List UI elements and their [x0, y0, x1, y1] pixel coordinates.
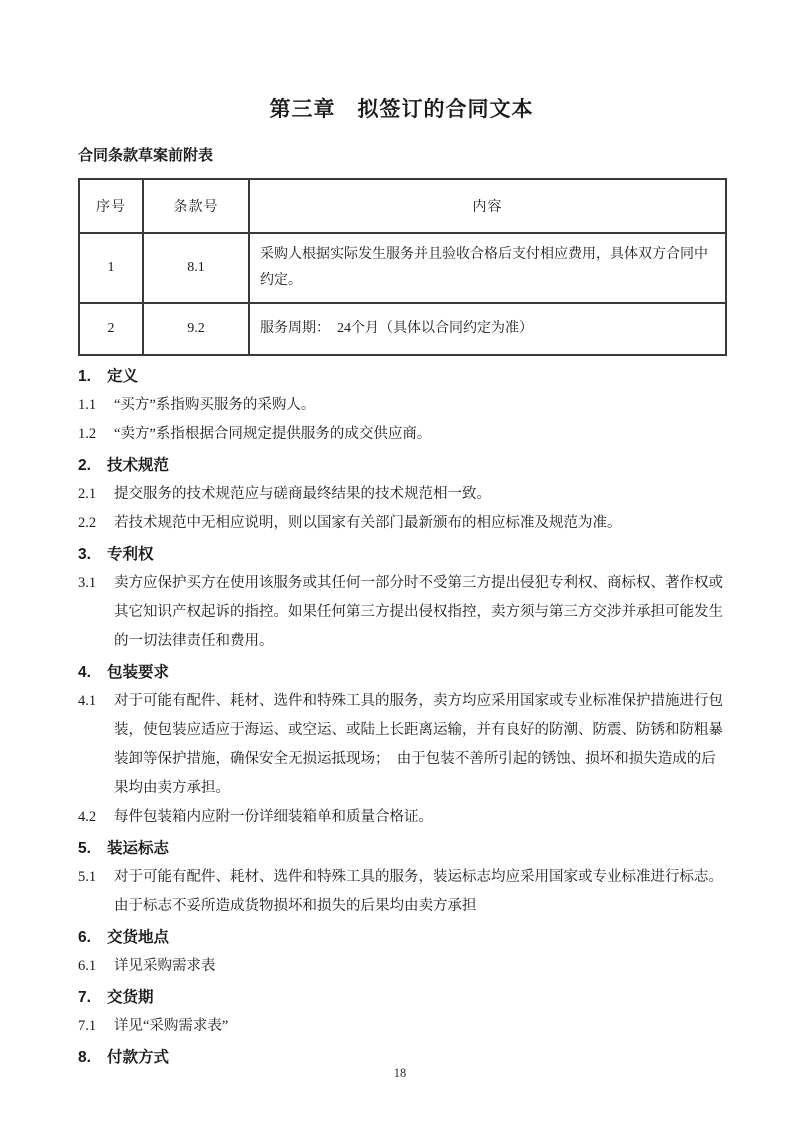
clause-text: 提交服务的技术规范应与磋商最终结果的技术规范相一致。 [114, 480, 725, 509]
clause-text: 卖方应保护买方在使用该服务或其任何一部分时不受第三方提出侵犯专利权、商标权、著作… [114, 569, 725, 656]
cell-no: 2 [79, 303, 143, 355]
document-page: 第三章 拟签订的合同文本 合同条款草案前附表 序号 条款号 内容 1 8.1 采… [0, 0, 800, 1131]
section-number: 2. [78, 451, 107, 480]
clause-text: “卖方”系指根据合同规定提供服务的成交供应商。 [114, 420, 725, 449]
clause-number: 2.1 [78, 480, 114, 509]
section-title: 装运标志 [107, 840, 169, 857]
clause-number: 1.1 [78, 391, 114, 420]
clause-number: 5.1 [78, 863, 114, 921]
chapter-title: 第三章 拟签订的合同文本 [78, 96, 725, 124]
section-number: 7. [78, 983, 107, 1012]
section-heading-technical-spec: 2.技术规范 [78, 451, 725, 480]
clause-number: 2.2 [78, 509, 114, 538]
section-heading-delivery-place: 6.交货地点 [78, 923, 725, 952]
clause-text: 若技术规范中无相应说明，则以国家有关部门最新颁布的相应标准及规范为准。 [114, 509, 725, 538]
cell-clause: 9.2 [143, 303, 249, 355]
section-heading-delivery-time: 7.交货期 [78, 983, 725, 1012]
clause-text: 详见“采购需求表” [114, 1012, 725, 1041]
contract-clause-pre-table: 序号 条款号 内容 1 8.1 采购人根据实际发生服务并且验收合格后支付相应费用… [78, 178, 727, 356]
clause-number: 7.1 [78, 1012, 114, 1041]
section-title: 交货期 [107, 989, 154, 1006]
section-title: 专利权 [107, 546, 154, 563]
clause-text: 详见采购需求表 [114, 952, 725, 981]
table-row: 1 8.1 采购人根据实际发生服务并且验收合格后支付相应费用，具体双方合同中约定… [79, 233, 726, 303]
section-heading-definitions: 1.定义 [78, 362, 725, 391]
section-number: 5. [78, 834, 107, 863]
cell-content: 采购人根据实际发生服务并且验收合格后支付相应费用，具体双方合同中约定。 [249, 233, 726, 303]
clause-text: “买方”系指购买服务的采购人。 [114, 391, 725, 420]
clause-2-1: 2.1 提交服务的技术规范应与磋商最终结果的技术规范相一致。 [78, 480, 725, 509]
section-number: 1. [78, 362, 107, 391]
clause-number: 6.1 [78, 952, 114, 981]
clause-6-1: 6.1 详见采购需求表 [78, 952, 725, 981]
header-clause: 条款号 [143, 179, 249, 233]
section-title: 定义 [107, 368, 138, 385]
section-number: 4. [78, 658, 107, 687]
cell-content: 服务周期： 24个月（具体以合同约定为准） [249, 303, 726, 355]
section-heading-patent-rights: 3.专利权 [78, 540, 725, 569]
section-number: 3. [78, 540, 107, 569]
clause-text: 对于可能有配件、耗材、选件和特殊工具的服务，卖方均应采用国家或专业标准保护措施进… [114, 687, 725, 803]
clause-3-1: 3.1 卖方应保护买方在使用该服务或其任何一部分时不受第三方提出侵犯专利权、商标… [78, 569, 725, 656]
clause-number: 4.1 [78, 687, 114, 803]
table-header-row: 序号 条款号 内容 [79, 179, 726, 233]
section-title: 交货地点 [107, 929, 169, 946]
clause-2-2: 2.2 若技术规范中无相应说明，则以国家有关部门最新颁布的相应标准及规范为准。 [78, 509, 725, 538]
clause-text: 每件包装箱内应附一份详细装箱单和质量合格证。 [114, 803, 725, 832]
section-title: 包装要求 [107, 664, 169, 681]
clause-number: 3.1 [78, 569, 114, 656]
clause-4-1: 4.1 对于可能有配件、耗材、选件和特殊工具的服务，卖方均应采用国家或专业标准保… [78, 687, 725, 803]
contract-sections: 1.定义 1.1 “买方”系指购买服务的采购人。 1.2 “卖方”系指根据合同规… [78, 362, 725, 1072]
table-row: 2 9.2 服务周期： 24个月（具体以合同约定为准） [79, 303, 726, 355]
clause-1-1: 1.1 “买方”系指购买服务的采购人。 [78, 391, 725, 420]
clause-5-1: 5.1 对于可能有配件、耗材、选件和特殊工具的服务，装运标志均应采用国家或专业标… [78, 863, 725, 921]
clause-number: 1.2 [78, 420, 114, 449]
section-heading-packaging: 4.包装要求 [78, 658, 725, 687]
table-caption: 合同条款草案前附表 [78, 146, 725, 166]
clause-text: 对于可能有配件、耗材、选件和特殊工具的服务，装运标志均应采用国家或专业标准进行标… [114, 863, 725, 921]
header-no: 序号 [79, 179, 143, 233]
clause-1-2: 1.2 “卖方”系指根据合同规定提供服务的成交供应商。 [78, 420, 725, 449]
header-content: 内容 [249, 179, 726, 233]
section-heading-shipping-marks: 5.装运标志 [78, 834, 725, 863]
page-number: 18 [0, 1066, 800, 1081]
section-title: 付款方式 [107, 1049, 169, 1066]
cell-clause: 8.1 [143, 233, 249, 303]
clause-7-1: 7.1 详见“采购需求表” [78, 1012, 725, 1041]
section-number: 6. [78, 923, 107, 952]
cell-no: 1 [79, 233, 143, 303]
section-title: 技术规范 [107, 457, 169, 474]
clause-4-2: 4.2 每件包装箱内应附一份详细装箱单和质量合格证。 [78, 803, 725, 832]
clause-number: 4.2 [78, 803, 114, 832]
